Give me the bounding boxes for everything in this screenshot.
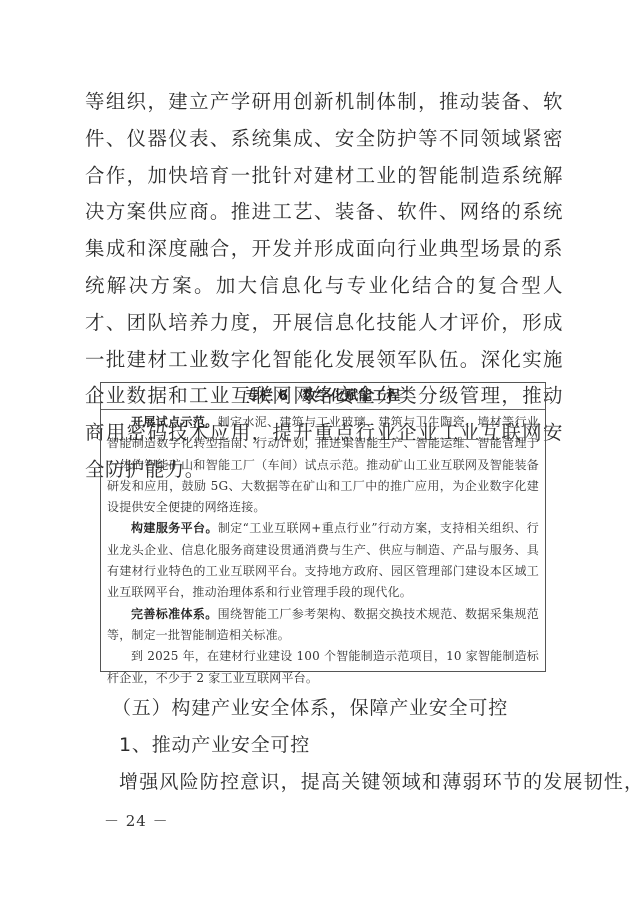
box-item-targets: 到 2025 年，在建材行业建设 100 个智能制造示范项目，10 家智能制造标… <box>107 646 539 689</box>
page-number: － 24 － <box>104 810 169 831</box>
feature-box-title: 专栏 6 数字化赋能工程 <box>101 383 545 410</box>
box-item-service-platform: 构建服务平台。制定“工业互联网+重点行业”行动方案，支持相关组织、行业龙头企业、… <box>107 518 539 603</box>
box-item-pilot-demo: 开展试点示范。制定水泥、建筑与工业玻璃、建筑与卫生陶瓷、墙材等行业智能制造数字化… <box>107 412 539 518</box>
subsection-heading: 1、推动产业安全可控 <box>119 730 310 757</box>
feature-box-digital-empowerment: 专栏 6 数字化赋能工程 开展试点示范。制定水泥、建筑与工业玻璃、建筑与卫生陶瓷… <box>100 382 546 672</box>
box-item-text: 制定水泥、建筑与工业玻璃、建筑与卫生陶瓷、墙材等行业智能制造数字化转型指南、行动… <box>107 415 539 514</box>
box-item-lead: 构建服务平台。 <box>131 521 218 535</box>
box-item-standards: 完善标准体系。围绕智能工厂参考架构、数据交换技术规范、数据采集规范等，制定一批智… <box>107 604 539 647</box>
box-item-lead: 完善标准体系。 <box>131 607 218 621</box>
section-heading: （五）构建产业安全体系，保障产业安全可控 <box>112 693 508 720</box>
closing-line: 增强风险防控意识，提高关键领域和薄弱环节的发展韧性， <box>119 767 641 794</box>
box-item-lead: 开展试点示范。 <box>131 415 218 429</box>
box-item-text: 到 2025 年，在建材行业建设 100 个智能制造示范项目，10 家智能制造标… <box>107 649 539 684</box>
feature-box-body: 开展试点示范。制定水泥、建筑与工业玻璃、建筑与卫生陶瓷、墙材等行业智能制造数字化… <box>101 410 545 689</box>
